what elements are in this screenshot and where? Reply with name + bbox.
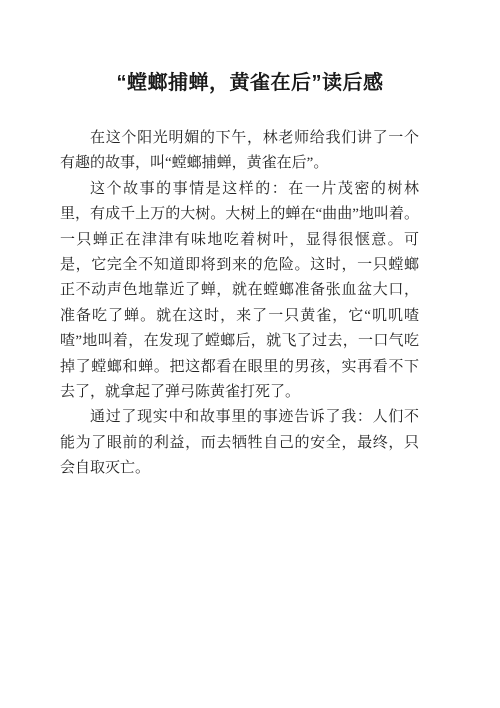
essay-paragraph-1: 在这个阳光明媚的下午，林老师给我们讲了一个有趣的故事，叫“螳螂捕蝉，黄雀在后”。 xyxy=(60,126,419,177)
document-page: “螳螂捕蝉，黄雀在后”读后感 在这个阳光明媚的下午，林老师给我们讲了一个有趣的故… xyxy=(0,0,500,708)
essay-title: “螳螂捕蝉，黄雀在后”读后感 xyxy=(0,70,500,97)
essay-body: 在这个阳光明媚的下午，林老师给我们讲了一个有趣的故事，叫“螳螂捕蝉，黄雀在后”。… xyxy=(60,126,419,482)
essay-paragraph-3: 通过了现实中和故事里的事迹告诉了我：人们不能为了眼前的利益，而去牺牲自己的安全，… xyxy=(60,405,419,481)
essay-paragraph-2: 这个故事的事情是这样的：在一片茂密的树林里，有成千上万的大树。大树上的蝉在“曲曲… xyxy=(60,177,419,406)
